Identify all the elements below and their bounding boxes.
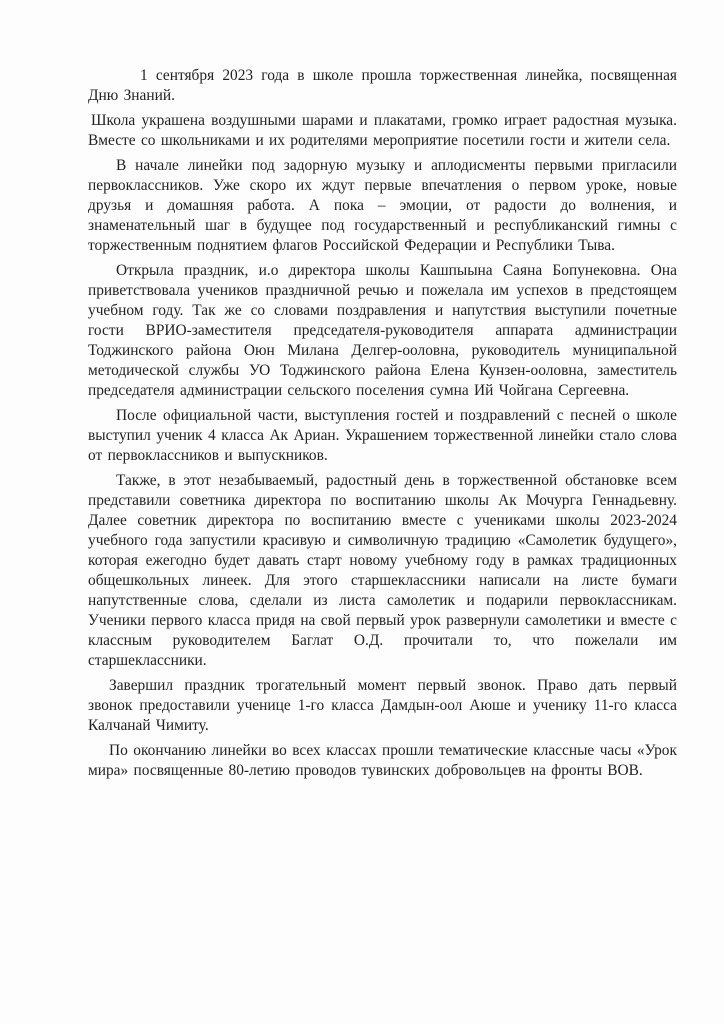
- paragraph-ceremony-start: В начале линейки под задорную музыку и а…: [88, 156, 677, 256]
- paragraph-school-decorated: Школа украшена воздушными шарами и плака…: [88, 111, 677, 151]
- paragraph-intro: 1 сентября 2023 года в школе прошла торж…: [88, 66, 677, 106]
- paragraph-director-guests: Открыла праздник, и.о директора школы Ка…: [88, 261, 677, 401]
- paragraph-paper-plane: Также, в этот незабываемый, радостный де…: [88, 471, 677, 671]
- paragraph-official-part: После официальной части, выступления гос…: [88, 406, 677, 466]
- paragraph-first-bell: Завершил праздник трогательный момент пе…: [88, 676, 677, 736]
- paragraph-class-hours: По окончанию линейки во всех классах про…: [88, 741, 677, 781]
- document-page: 1 сентября 2023 года в школе прошла торж…: [0, 0, 724, 1024]
- document-text-block: 1 сентября 2023 года в школе прошла торж…: [88, 66, 677, 786]
